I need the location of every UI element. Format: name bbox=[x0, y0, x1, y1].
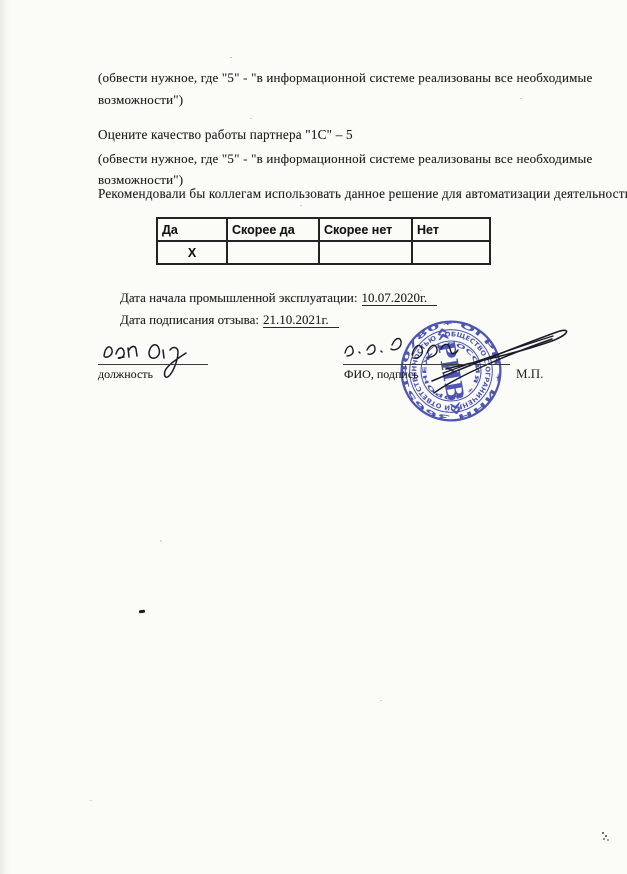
date-start-label: Дата начала промышленной эксплуатации: bbox=[120, 290, 358, 305]
dust-speck bbox=[160, 540, 162, 542]
answer-mark-no bbox=[412, 241, 490, 264]
date-start-line: Дата начала промышленной эксплуатации:10… bbox=[120, 290, 437, 306]
quality-question: Оцените качество работы партнера "1С" – … bbox=[98, 127, 353, 143]
dust-speck bbox=[520, 98, 522, 99]
dust-speck bbox=[380, 700, 382, 701]
answers-table: Да Скорее да Скорее нет Нет X bbox=[156, 217, 491, 265]
answers-mark-row: X bbox=[157, 241, 490, 264]
date-start-value: 10.07.2020г. bbox=[362, 290, 438, 306]
dust-speck bbox=[230, 57, 232, 58]
answer-header-rather-yes: Скорее да bbox=[227, 218, 319, 241]
recommend-question: Рекомендовали бы коллегам использовать д… bbox=[98, 186, 627, 202]
dust-speck bbox=[420, 290, 422, 291]
position-signature-line bbox=[98, 364, 208, 365]
answer-mark-yes: X bbox=[157, 241, 227, 264]
date-sign-label: Дата подписания отзыва: bbox=[120, 312, 259, 327]
answer-header-rather-no: Скорее нет bbox=[319, 218, 412, 241]
ink-speck bbox=[139, 610, 145, 614]
dust-speck bbox=[90, 800, 92, 801]
stamp-place-abbr: М.П. bbox=[516, 366, 543, 382]
answers-header-row: Да Скорее да Скорее нет Нет bbox=[157, 218, 490, 241]
dust-speck bbox=[300, 205, 302, 206]
ink-speck bbox=[602, 832, 604, 834]
fio-signature-line bbox=[343, 364, 510, 365]
note-top-line1: (обвести нужное, где "5" - "в информацио… bbox=[98, 70, 592, 86]
note-repeat-line1: (обвести нужное, где "5" - "в информацио… bbox=[98, 151, 592, 167]
answer-mark-rather-no bbox=[319, 241, 412, 264]
answer-header-no: Нет bbox=[412, 218, 490, 241]
dust-speck bbox=[250, 118, 252, 119]
note-top-line2: возможности") bbox=[98, 92, 183, 108]
scanned-document-page: (обвести нужное, где "5" - "в информацио… bbox=[0, 0, 627, 874]
date-sign-line: Дата подписания отзыва:21.10.2021г. bbox=[120, 312, 339, 328]
answer-mark-rather-yes bbox=[227, 241, 319, 264]
date-sign-value: 21.10.2021г. bbox=[263, 312, 339, 328]
position-label: должность bbox=[98, 367, 153, 382]
scan-edge-artifact bbox=[0, 0, 10, 874]
answer-header-yes: Да bbox=[157, 218, 227, 241]
fio-label: ФИО, подпись bbox=[344, 367, 419, 382]
